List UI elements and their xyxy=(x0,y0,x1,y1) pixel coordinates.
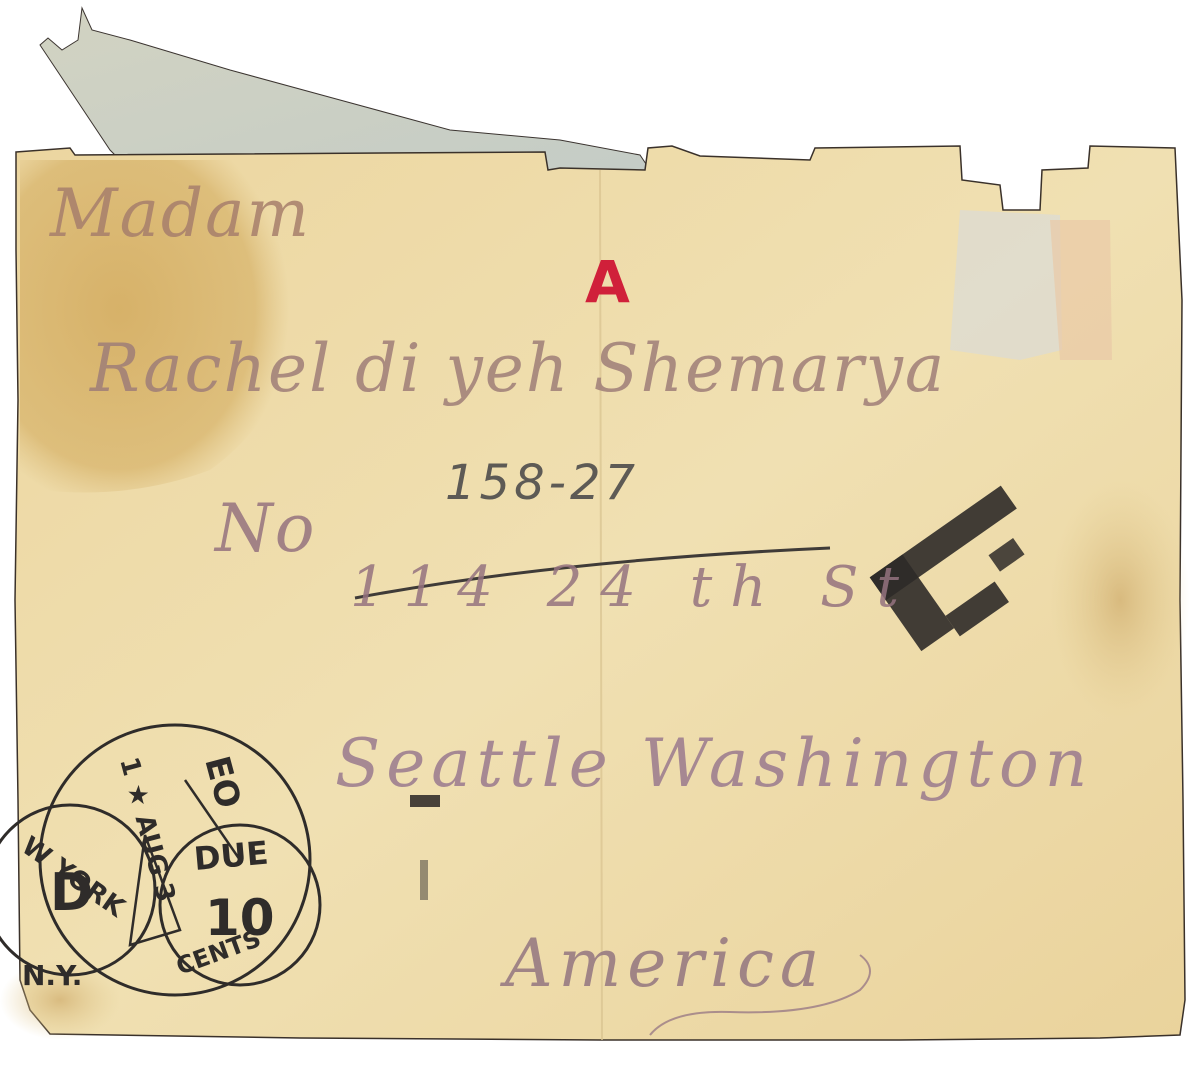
original-street: 114 24 th St xyxy=(350,555,917,620)
postmark-left-state: N.Y. xyxy=(22,959,82,992)
city-state: Seattle Washington xyxy=(335,725,1093,802)
corrected-number: 158-27 xyxy=(445,455,639,511)
address-number-label: No xyxy=(215,490,317,567)
red-mark: A xyxy=(585,248,630,316)
recipient-name: Rachel di yeh Shemarya xyxy=(90,330,946,407)
postmark-due-label: DUE xyxy=(192,834,269,878)
removed-stamp-area xyxy=(950,210,1062,360)
postmark-left-center: D xyxy=(50,863,93,923)
salutation: Madam xyxy=(50,175,311,252)
envelope-scan: 1 ★ AUG 3 EO W YORK D N.Y. DUE 10 CENTS xyxy=(0,0,1200,1072)
country: America xyxy=(505,925,825,1002)
